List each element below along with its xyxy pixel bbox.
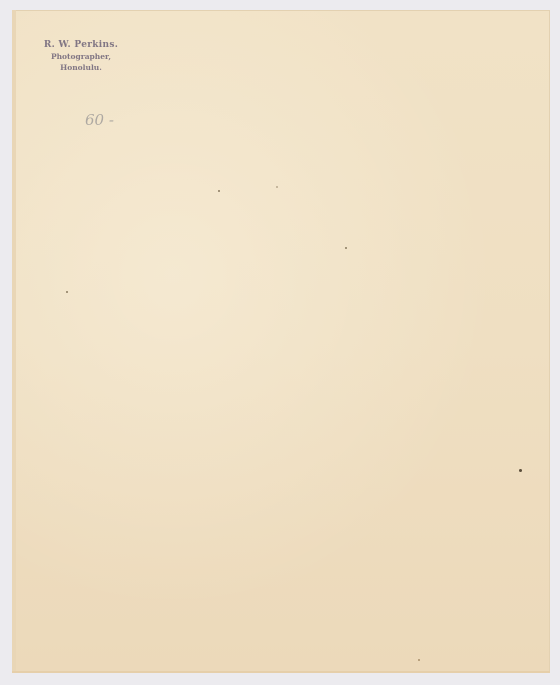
foxing-spot — [345, 247, 347, 249]
stamp-name: R. W. Perkins. — [36, 39, 126, 51]
foxing-spot — [418, 659, 420, 661]
stamp-location: Honolulu. — [36, 62, 126, 73]
foxing-spot — [276, 186, 278, 188]
card-left-edge — [12, 10, 16, 673]
foxing-spot — [66, 291, 68, 293]
mount-card: R. W. Perkins. Photographer, Honolulu. 6… — [12, 10, 550, 673]
pencil-annotation: 60 - — [85, 111, 114, 129]
stamp-title: Photographer, — [36, 51, 126, 62]
card-bottom-edge — [12, 671, 550, 673]
photographer-stamp: R. W. Perkins. Photographer, Honolulu. — [36, 39, 126, 73]
foxing-spot — [218, 190, 220, 192]
foxing-spot — [519, 469, 522, 472]
